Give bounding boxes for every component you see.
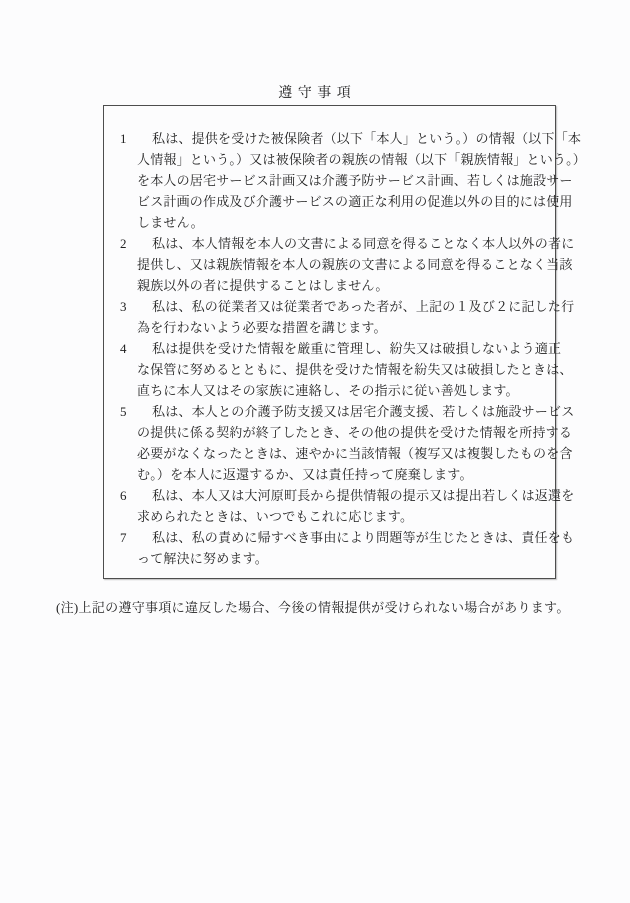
rule-line: 7私は、私の責めに帰すべき事由により問題等が生じたときは、責任をも: [120, 527, 550, 548]
note-text: (注)上記の遵守事項に違反した場合、今後の情報提供が受けられない場合があります。: [56, 597, 570, 616]
rule-number: 5: [120, 401, 152, 422]
rule-text: 私は、本人又は大河原町長から提供情報の提示又は提出若しくは返還を: [152, 488, 574, 503]
rule-line: の提供に係る契約が終了したとき、その他の提供を受けた情報を所持する: [120, 422, 550, 443]
rule-item: 4私は提供を受けた情報を厳重に管理し、紛失又は破損しないよう適正な保管に努めると…: [120, 338, 550, 401]
rule-line: な保管に努めるとともに、提供を受けた情報を紛失又は破損したときは、: [120, 359, 550, 380]
rules-box: 1私は、提供を受けた被保険者（以下「本人」という。）の情報（以下「本人情報」とい…: [103, 105, 556, 579]
rule-item: 1私は、提供を受けた被保険者（以下「本人」という。）の情報（以下「本人情報」とい…: [120, 128, 550, 233]
rule-line: 直ちに本人又はその家族に連絡し、その指示に従い善処します。: [120, 380, 550, 401]
rule-text: 私は、本人情報を本人の文書による同意を得ることなく本人以外の者に: [152, 236, 574, 251]
rule-line: 求められたときは、いつでもこれに応じます。: [120, 506, 550, 527]
rule-line: 為を行わないよう必要な措置を講じます。: [120, 317, 550, 338]
rule-line: 必要がなくなったときは、速やかに当該情報（複写又は複製したものを含: [120, 443, 550, 464]
rule-line: 1私は、提供を受けた被保険者（以下「本人」という。）の情報（以下「本: [120, 128, 550, 149]
rule-line: 人情報」という。）又は被保険者の親族の情報（以下「親族情報」という。）: [120, 149, 550, 170]
document-page: 遵 守 事 項 1私は、提供を受けた被保険者（以下「本人」という。）の情報（以下…: [0, 0, 630, 903]
rule-number: 2: [120, 233, 152, 254]
rule-line: む。）を本人に返還するか、又は責任持って廃棄します。: [120, 464, 550, 485]
rule-line: 3私は、私の従業者又は従業者であった者が、上記の１及び２に記した行: [120, 296, 550, 317]
rule-number: 7: [120, 527, 152, 548]
page-title: 遵 守 事 項: [0, 82, 630, 102]
rule-text: 私は提供を受けた情報を厳重に管理し、紛失又は破損しないよう適正: [152, 341, 561, 356]
rule-text: 私は、私の従業者又は従業者であった者が、上記の１及び２に記した行: [152, 299, 574, 314]
rule-line: 5私は、本人との介護予防支援又は居宅介護支援、若しくは施設サービス: [120, 401, 550, 422]
rule-item: 3私は、私の従業者又は従業者であった者が、上記の１及び２に記した行為を行わないよ…: [120, 296, 550, 338]
rule-line: 4私は提供を受けた情報を厳重に管理し、紛失又は破損しないよう適正: [120, 338, 550, 359]
rule-number: 3: [120, 296, 152, 317]
rule-line: しません。: [120, 212, 550, 233]
rule-line: 6私は、本人又は大河原町長から提供情報の提示又は提出若しくは返還を: [120, 485, 550, 506]
rule-line: って解決に努めます。: [120, 548, 550, 569]
rule-item: 6私は、本人又は大河原町長から提供情報の提示又は提出若しくは返還を求められたとき…: [120, 485, 550, 527]
rule-text: 私は、私の責めに帰すべき事由により問題等が生じたときは、責任をも: [152, 530, 574, 545]
rule-number: 4: [120, 338, 152, 359]
rule-line: 提供し、又は親族情報を本人の親族の文書による同意を得ることなく当該: [120, 254, 550, 275]
rule-number: 6: [120, 485, 152, 506]
rule-number: 1: [120, 128, 152, 149]
rule-line: 2私は、本人情報を本人の文書による同意を得ることなく本人以外の者に: [120, 233, 550, 254]
rule-item: 5私は、本人との介護予防支援又は居宅介護支援、若しくは施設サービスの提供に係る契…: [120, 401, 550, 485]
rule-text: 私は、本人との介護予防支援又は居宅介護支援、若しくは施設サービス: [152, 404, 574, 419]
rule-line: 親族以外の者に提供することはしません。: [120, 275, 550, 296]
rule-item: 2私は、本人情報を本人の文書による同意を得ることなく本人以外の者に提供し、又は親…: [120, 233, 550, 296]
rules-list: 1私は、提供を受けた被保険者（以下「本人」という。）の情報（以下「本人情報」とい…: [120, 128, 550, 569]
rule-line: を本人の居宅サービス計画又は介護予防サービス計画、若しくは施設サー: [120, 170, 550, 191]
rule-text: 私は、提供を受けた被保険者（以下「本人」という。）の情報（以下「本: [152, 131, 581, 146]
rule-item: 7私は、私の責めに帰すべき事由により問題等が生じたときは、責任をもって解決に努め…: [120, 527, 550, 569]
rule-line: ビス計画の作成及び介護サービスの適正な利用の促進以外の目的には使用: [120, 191, 550, 212]
